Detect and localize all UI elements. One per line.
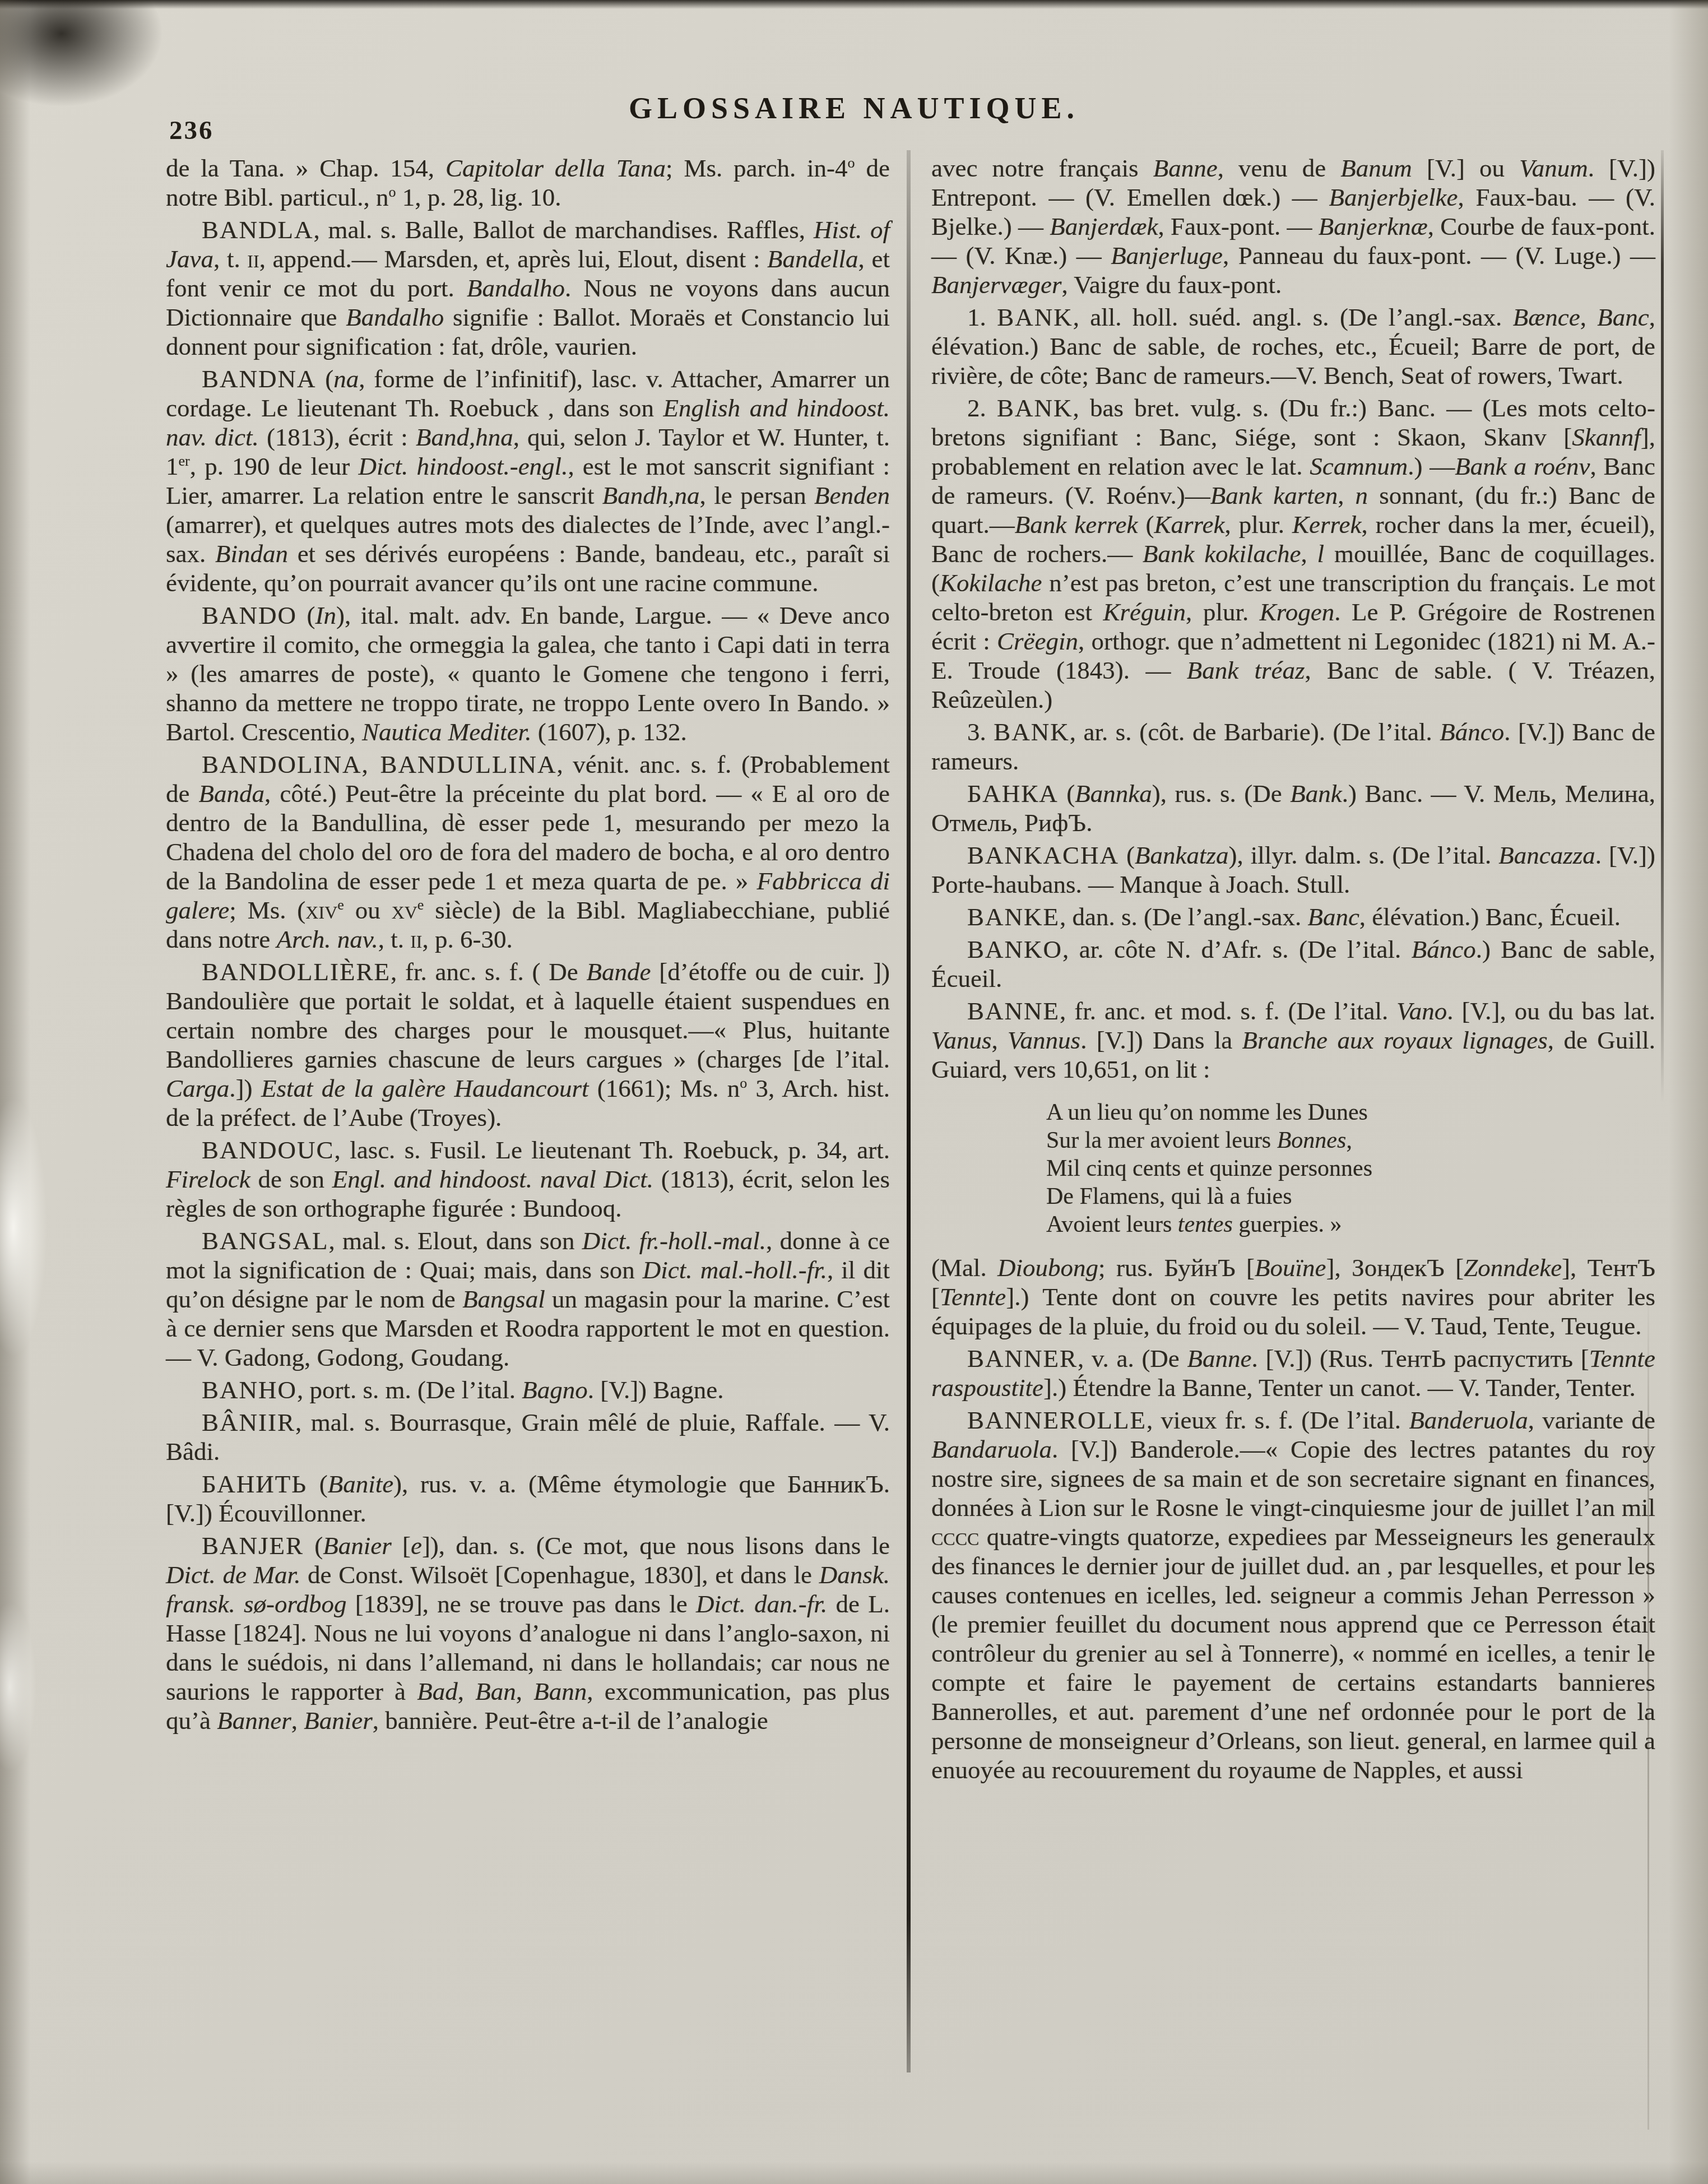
text-run: Bank a roénv	[1455, 452, 1590, 480]
text-run: Bangsal	[462, 1285, 545, 1313]
verse-line: A un lieu qu’on nomme les Dunes	[1046, 1098, 1655, 1126]
text-run: Bonnes	[1277, 1128, 1347, 1153]
text-run: Bank tréaz	[1187, 656, 1305, 684]
text-run: Ban	[475, 1677, 516, 1705]
text-run: ii	[410, 925, 422, 953]
text-run: na	[333, 365, 359, 393]
text-run: Kerrek	[1292, 511, 1361, 539]
text-run: Dict. fr.-holl.-mal.	[582, 1227, 766, 1255]
entry-headword: БАНКА	[967, 780, 1059, 808]
text-run: Banjervæger	[931, 271, 1061, 299]
verse-line: Avoient leurs tentes guerpies. »	[1046, 1211, 1655, 1239]
text-run: Banier	[323, 1532, 391, 1560]
verse-line: Sur la mer avoient leurs Bonnes,	[1046, 1126, 1655, 1154]
text-run: xv	[392, 896, 417, 924]
text-run: n	[1356, 481, 1368, 509]
text-run: tentes	[1178, 1212, 1233, 1237]
text-run: Bann	[533, 1677, 587, 1705]
entry-headword: БАНИТЬ	[202, 1470, 307, 1498]
entry-paragraph: BANJER (Banier [e]), dan. s. (Ce mot, qu…	[166, 1531, 890, 1735]
entry-headword: BANKACHA	[967, 841, 1119, 869]
text-run: xiv	[305, 896, 337, 924]
verse-block: A un lieu qu’on nomme les DunesSur la me…	[1046, 1098, 1655, 1239]
text-run: o	[848, 155, 855, 171]
text-run: Banc	[1307, 903, 1359, 931]
text-run: Bank kokilache	[1143, 540, 1301, 568]
entry-headword: BANNE	[967, 997, 1060, 1025]
text-run: Bank	[1290, 780, 1342, 808]
entry-paragraph: (Mal. Dioubong; rus. БуйнЪ [Bouïne], Зон…	[931, 1253, 1655, 1341]
text-run: Bandalho	[467, 274, 565, 302]
text-run: Dict. hindoost.-engl.	[359, 452, 568, 480]
entry-headword: BANDOLINA, BANDULLINA	[202, 750, 556, 778]
text-run: Dioubong	[997, 1254, 1098, 1282]
scan-highlight-blotch-1	[0, 1098, 47, 1356]
text-run: Dict. de Mar.	[166, 1561, 300, 1589]
entry-headword: BANHO	[202, 1376, 297, 1404]
entry-headword: BÂNIIR	[202, 1408, 295, 1436]
text-run: Bande	[586, 958, 651, 986]
text-run: Banum	[1340, 154, 1412, 182]
entry-paragraph: БАНКА (Bannka), rus. s. (De Bank.) Banc.…	[931, 779, 1655, 837]
entry-paragraph: BANDLA, mal. s. Balle, Ballot de marchan…	[166, 215, 890, 361]
entry-headword: BANK	[994, 718, 1070, 746]
entry-paragraph: BANDOUC, lasc. s. Fusil. Le lieutenant T…	[166, 1135, 890, 1223]
text-run: Crëegin	[997, 627, 1078, 655]
text-run: Bandella	[767, 245, 858, 273]
text-run: English and hindoost. nav. dict.	[166, 394, 890, 451]
text-run: Scamnum	[1310, 452, 1408, 480]
entry-paragraph: BANKO, ar. côte N. d’Afr. s. (De l’ital.…	[931, 935, 1655, 993]
entry-paragraph: avec notre français Banne, venu de Banum…	[931, 154, 1655, 299]
text-run: Estat de la galère Haudancourt	[261, 1074, 589, 1102]
text-run: Capitolar della Tana	[445, 154, 666, 182]
verse-line: De Flamens, qui là a fuies	[1046, 1183, 1655, 1211]
entry-paragraph: BANGSAL, mal. s. Elout, dans son Dict. f…	[166, 1226, 890, 1372]
text-run: Banite	[328, 1470, 393, 1498]
entry-paragraph: 2. BANK, bas bret. vulg. s. (Du fr.:) Ba…	[931, 393, 1655, 714]
text-run: Krogen	[1260, 598, 1334, 626]
text-run: Bank karten	[1210, 481, 1338, 509]
entry-paragraph: BANKE, dan. s. (De l’angl.-sax. Banc, él…	[931, 902, 1655, 931]
entry-headword: BANKO	[967, 935, 1062, 963]
text-run: Banne	[1153, 154, 1218, 182]
entry-paragraph: BANNEROLLE, vieux fr. s. f. (De l’ital. …	[931, 1406, 1655, 1784]
scan-shadow-bottom-edge	[0, 2162, 1708, 2184]
text-run: Vannus	[1008, 1026, 1080, 1054]
scanned-page: 236 GLOSSAIRE NAUTIQUE. de la Tana. » Ch…	[0, 0, 1708, 2184]
text-run: Bannka	[1075, 780, 1152, 808]
text-run: Bouïne	[1255, 1254, 1326, 1282]
text-run: l	[1317, 540, 1325, 568]
text-run: In	[315, 601, 336, 629]
text-run: Fabbricca di galere	[166, 867, 890, 924]
text-run: Banda	[198, 780, 264, 808]
entry-headword: BANDLA	[202, 216, 314, 244]
page-title: GLOSSAIRE NAUTIQUE.	[0, 91, 1708, 126]
text-run: Carga	[166, 1074, 229, 1102]
text-run: Firelock	[166, 1165, 250, 1193]
text-run: Zonndeke	[1464, 1254, 1562, 1282]
text-run: Bandh,na	[602, 481, 700, 509]
text-run: Karrek	[1154, 511, 1225, 539]
text-run: Banjerbjelke	[1329, 183, 1458, 211]
left-column: de la Tana. » Chap. 154, Capitolar della…	[166, 154, 890, 1738]
text-run: o	[740, 1075, 747, 1091]
text-run: Banjerluge	[1111, 242, 1223, 270]
text-run: cccc	[931, 1523, 979, 1551]
entry-paragraph: BANDOLINA, BANDULLINA, vénit. anc. s. f.…	[166, 750, 890, 954]
text-run: Arch. nav.	[276, 925, 378, 953]
text-run: er	[179, 453, 190, 469]
text-run: Banjerdæk	[1050, 212, 1158, 240]
text-run: Benden	[814, 481, 890, 509]
text-run: Vanus	[931, 1026, 992, 1054]
text-run: Banne	[1187, 1344, 1252, 1372]
entry-headword: BANKE	[967, 903, 1060, 931]
entry-headword: BANJER	[202, 1532, 304, 1560]
scan-shadow-top-edge	[0, 0, 1708, 9]
text-run: Bandaruola	[931, 1435, 1052, 1463]
text-run: Bank kerrek	[1015, 511, 1138, 539]
text-run: Bancazza	[1498, 841, 1595, 869]
text-run: Bindan	[215, 540, 288, 568]
text-run: Banner	[217, 1707, 291, 1735]
text-run: Kokilache	[940, 569, 1042, 597]
text-run: Bandalho	[346, 303, 444, 331]
column-divider-rule	[907, 150, 911, 2072]
text-run: Bankatza	[1135, 841, 1228, 869]
text-run: e	[417, 897, 424, 913]
text-run: Dict. mal.-holl.-fr.	[643, 1256, 827, 1284]
scan-shadow-right-edge	[1669, 0, 1708, 2184]
entry-paragraph: 3. BANK, ar. s. (côt. de Barbarie). (De …	[931, 717, 1655, 776]
entry-headword: BANDOUC	[202, 1136, 335, 1164]
text-run: Vano	[1396, 997, 1447, 1025]
entry-paragraph: BÂNIIR, mal. s. Bourrasque, Grain mêlé d…	[166, 1408, 890, 1466]
text-run: Bad	[417, 1677, 458, 1705]
page-edge-line-right	[1661, 150, 1664, 1103]
verse-line: Mil cinq cents et quinze personnes	[1046, 1154, 1655, 1183]
entry-headword: BANDOLLIÈRE	[202, 958, 391, 986]
text-run: Engl. and hindoost. naval Dict.	[332, 1165, 653, 1193]
text-run: Bagno	[522, 1376, 588, 1404]
entry-headword: BANK	[997, 394, 1073, 422]
scan-highlight-blotch-2	[0, 1603, 36, 1771]
entry-paragraph: BANDOLLIÈRE, fr. anc. s. f. ( De Bande […	[166, 957, 890, 1132]
text-run: ii	[247, 245, 259, 273]
entry-paragraph: BANDNA (na, forme de l’infinitif), lasc.…	[166, 364, 890, 597]
entry-headword: BANDO	[202, 601, 297, 629]
entry-paragraph: BANDO (In), ital. malt. adv. En bande, L…	[166, 601, 890, 746]
entry-headword: BANK	[997, 303, 1073, 331]
text-run: Bánco	[1412, 935, 1476, 963]
text-run: Tennte	[940, 1283, 1006, 1311]
text-run: Bánco	[1440, 718, 1504, 746]
scan-shadow-left-edge	[0, 0, 30, 2184]
entry-paragraph: БАНИТЬ (Banite), rus. v. a. (Même étymol…	[166, 1469, 890, 1528]
right-column: avec notre français Banne, venu de Banum…	[931, 154, 1655, 1788]
entry-paragraph: BANNE, fr. anc. et mod. s. f. (De l’ital…	[931, 996, 1655, 1084]
text-run: Banderuola	[1409, 1406, 1528, 1434]
entry-headword: BANDNA	[202, 365, 317, 393]
text-run: Skannf	[1572, 423, 1640, 451]
text-run: Banjerknæ	[1319, 212, 1428, 240]
text-run: e	[411, 1532, 422, 1560]
text-run: Vanum	[1519, 154, 1588, 182]
text-run: Banier	[304, 1707, 372, 1735]
text-run: Band,hna	[416, 423, 513, 451]
text-run: Nautica Mediter.	[362, 718, 531, 746]
text-run: Banc	[1597, 303, 1649, 331]
entry-headword: BANGSAL	[202, 1227, 329, 1255]
entry-paragraph: 1. BANK, all. holl. suéd. angl. s. (De l…	[931, 303, 1655, 390]
entry-paragraph: BANHO, port. s. m. (De l’ital. Bagno. [V…	[166, 1375, 890, 1404]
text-run: o	[388, 184, 396, 200]
entry-paragraph: de la Tana. » Chap. 154, Capitolar della…	[166, 154, 890, 212]
text-run: Bænce	[1513, 303, 1580, 331]
text-run: Branche aux royaux lignages	[1242, 1026, 1548, 1054]
text-run: e	[337, 897, 344, 913]
entry-paragraph: BANKACHA (Bankatza), illyr. dalm. s. (De…	[931, 841, 1655, 899]
text-run: Kréguin	[1103, 598, 1186, 626]
entry-paragraph: BANNER, v. a. (De Banne. [V.]) (Rus. Тен…	[931, 1344, 1655, 1402]
entry-headword: BANNER	[967, 1344, 1078, 1372]
text-run: Dict. dan.-fr.	[696, 1590, 827, 1618]
entry-headword: BANNEROLLE	[967, 1406, 1147, 1434]
